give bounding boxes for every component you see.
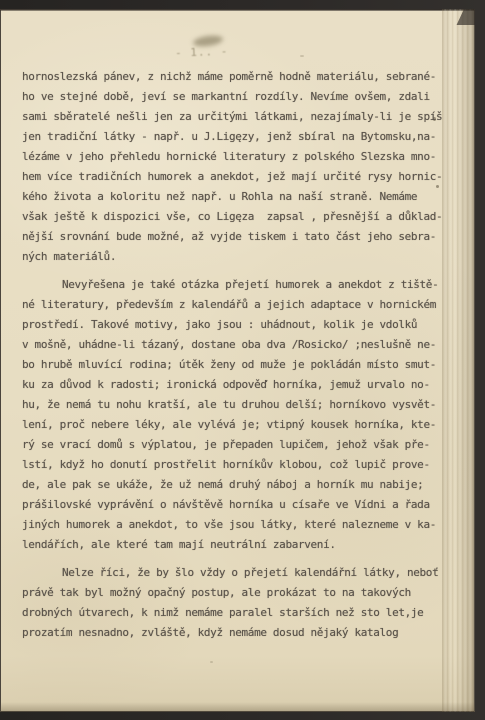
text-line: ných materiálů. <box>22 247 452 267</box>
text-line: ku za důvod k radosti; ironická odpověď … <box>22 375 452 395</box>
text-line: Nevyřešena je také otázka přejetí humore… <box>22 275 452 295</box>
text-line: de, ale pak se ukáže, že už nemá druhý n… <box>22 475 452 495</box>
text-line: jen tradiční látky - např. u J.Ligęzy, j… <box>22 127 452 147</box>
paper-speck <box>300 55 304 57</box>
paragraph: Nelze říci, že by šlo vždy o přejetí kal… <box>22 563 452 643</box>
paragraph: Nevyřešena je také otázka přejetí humore… <box>22 275 452 555</box>
document-page: - 1.. - hornoslezská pánev, z nichž máme… <box>0 9 475 712</box>
page-number-mark: - 1.. - <box>175 43 265 59</box>
text-line: však ještě k dispozici vše, co Ligęza za… <box>22 207 452 227</box>
text-line: bo hrubě mluvící rodina; útěk ženy od mu… <box>22 355 452 375</box>
text-line: lstí, když ho donutí prostřelit horníkův… <box>22 455 452 475</box>
text-line: lézáme v jeho přehledu hornické literatu… <box>22 147 452 167</box>
text-line: rý se vrací domů s výplatou, je přepaden… <box>22 435 452 455</box>
text-line: jiných humorek a anekdot, to vše jsou lá… <box>22 515 452 535</box>
text-line: hornoslezská pánev, z nichž máme poměrně… <box>22 67 452 87</box>
text-line: sami sběratelé nešli jen za určitými lát… <box>22 107 452 127</box>
text-line: prozatím nesnadno, zvláště, když nemáme … <box>22 623 452 643</box>
text-line: hu, že nemá tu nohu kratší, ale tu druho… <box>22 395 452 415</box>
text-line: drobných útvarech, k nimž nemáme paralel… <box>22 603 452 623</box>
text-line: právě tak byl možný opačný postup, ale p… <box>22 583 452 603</box>
text-line: ho ve stejné době, jeví se markantní roz… <box>22 87 452 107</box>
text-block: hornoslezská pánev, z nichž máme poměrně… <box>22 67 452 643</box>
text-line: né literatury, především z kalendářů a j… <box>22 295 452 315</box>
paper-speck <box>210 661 213 663</box>
page-bottom-edge <box>0 702 475 712</box>
text-line: kého života a koloritu než např. u Rohla… <box>22 187 452 207</box>
text-line: hem více tradičních humorek a anekdot, j… <box>22 167 452 187</box>
text-line: Nelze říci, že by šlo vždy o přejetí kal… <box>22 563 452 583</box>
text-line: lení, proč nebere léky, ale vylévá je; v… <box>22 415 452 435</box>
text-line: nější srovnání bude možné, až vyjde tisk… <box>22 227 452 247</box>
text-line: lendářích, ale které tam mají neutrální … <box>22 535 452 555</box>
text-line: prostředí. Takové motivy, jako jsou : uh… <box>22 315 452 335</box>
text-line: prášilovské vyprávění o návštěvě horníka… <box>22 495 452 515</box>
text-line: v mošně, uhádne-li tázaný, dostane oba d… <box>22 335 452 355</box>
paragraph: hornoslezská pánev, z nichž máme poměrně… <box>22 67 452 267</box>
page-corner <box>441 9 475 25</box>
